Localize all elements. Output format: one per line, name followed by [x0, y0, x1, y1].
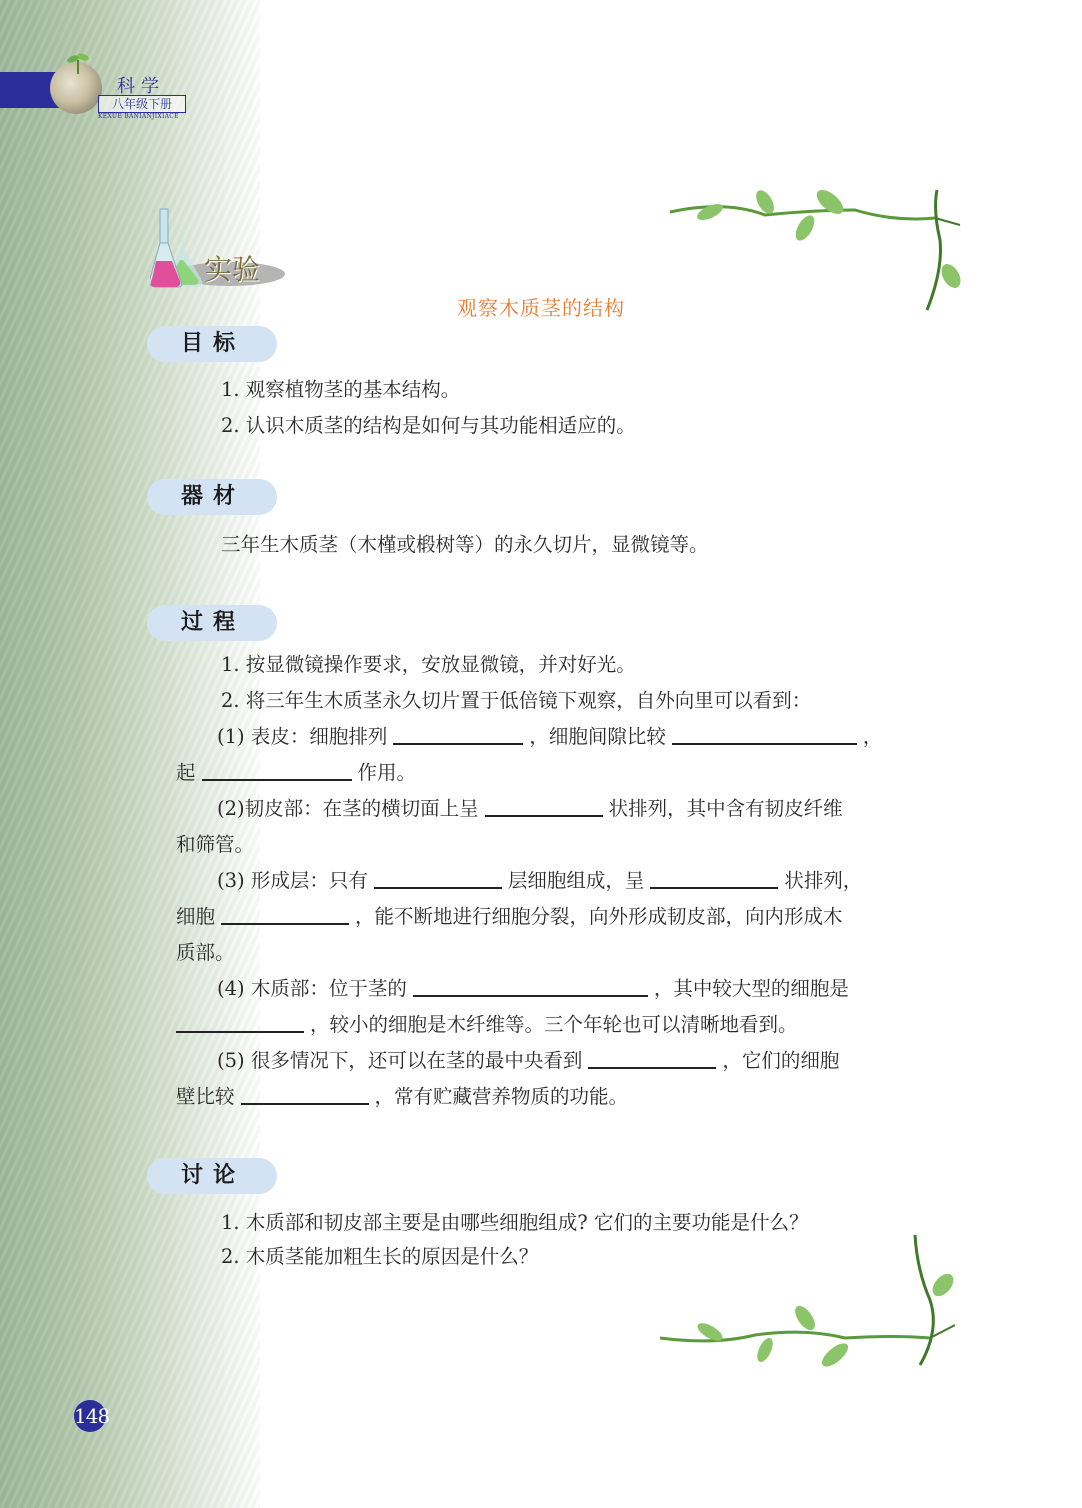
answer-blank[interactable] [202, 761, 352, 781]
section-heading-discussion: 讨论 [147, 1158, 277, 1194]
book-grade: 八年级下册 [98, 95, 186, 113]
process-step: 1. 按显微镜操作要求，安放显微镜，并对好光。 [221, 652, 636, 678]
process-item-cambium-cont: 细胞，能不断地进行细胞分裂，向外形成韧皮部，向内形成木 [176, 904, 843, 930]
answer-blank[interactable] [176, 1013, 304, 1033]
answer-blank[interactable] [650, 869, 778, 889]
answer-blank[interactable] [588, 1049, 716, 1069]
answer-blank[interactable] [485, 797, 603, 817]
process-item-xylem-cont: ，较小的细胞是木纤维等。三个年轮也可以清晰地看到。 [176, 1012, 798, 1038]
process-step: 2. 将三年生木质茎永久切片置于低倍镜下观察，自外向里可以看到： [221, 688, 811, 714]
section-heading-materials: 器材 [147, 479, 277, 515]
process-item-epidermis-cont: 起作用。 [176, 760, 416, 786]
section-heading-goals: 目标 [147, 326, 277, 362]
process-item-phloem-cont: 和筛管。 [176, 832, 254, 858]
sprout-icon [66, 50, 90, 74]
process-item-cambium: (3) 形成层：只有层细胞组成，呈状排列， [217, 868, 862, 894]
materials-text: 三年生木质茎（木槿或椴树等）的永久切片，显微镜等。 [221, 532, 709, 558]
process-item-phloem: (2)韧皮部：在茎的横切面上呈状排列，其中含有韧皮纤维 [217, 796, 843, 822]
vine-decoration-bottom-icon [655, 1230, 955, 1370]
process-item-pith-cont: 壁比较，常有贮藏营养物质的功能。 [176, 1084, 628, 1110]
experiment-badge-label: 实验 [204, 248, 260, 288]
process-item-epidermis: (1) 表皮：细胞排列，细胞间隙比较， [217, 724, 882, 750]
experiment-title: 观察木质茎的结构 [0, 292, 1082, 321]
process-item-pith: (5) 很多情况下，还可以在茎的最中央看到，它们的细胞 [217, 1048, 839, 1074]
book-pinyin: KEXUE BANIANJIXIACE [98, 113, 179, 120]
answer-blank[interactable] [393, 725, 523, 745]
process-item-cambium-cont2: 质部。 [176, 940, 235, 966]
answer-blank[interactable] [241, 1085, 369, 1105]
flask-icon [150, 205, 210, 290]
answer-blank[interactable] [413, 977, 648, 997]
answer-blank[interactable] [374, 869, 502, 889]
process-item-xylem: (4) 木质部：位于茎的，其中较大型的细胞是 [217, 976, 849, 1002]
answer-blank[interactable] [672, 725, 857, 745]
goal-item: 1. 观察植物茎的基本结构。 [221, 377, 460, 403]
section-heading-process: 过程 [147, 605, 277, 641]
answer-blank[interactable] [221, 905, 349, 925]
discussion-item: 2. 木质茎能加粗生长的原因是什么？ [221, 1244, 538, 1270]
page-number: 148 [74, 1400, 106, 1432]
goal-item: 2. 认识木质茎的结构是如何与其功能相适应的。 [221, 413, 636, 439]
side-decoration [0, 0, 260, 1508]
